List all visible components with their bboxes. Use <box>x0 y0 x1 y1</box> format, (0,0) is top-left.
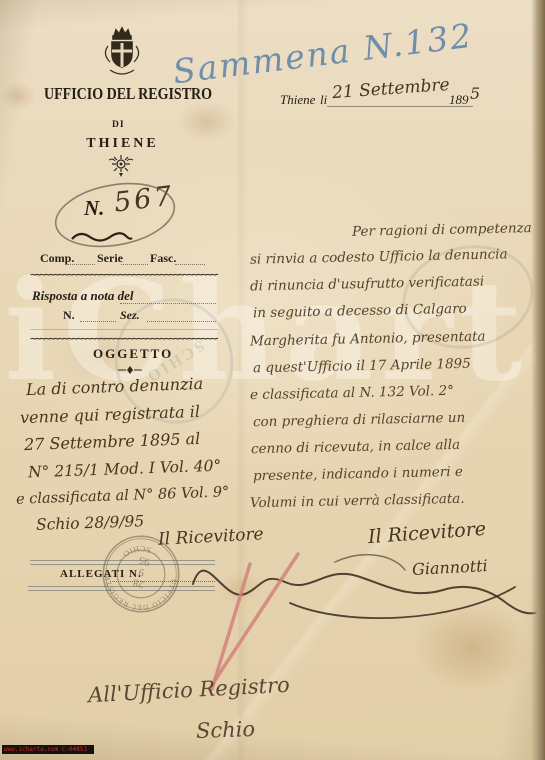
scanned-document: iCharta Sammena N.132 UFFICIO DEL REGIST… <box>0 0 545 760</box>
oggetto-divider-icon <box>118 366 142 374</box>
serie-fill-line <box>121 263 148 265</box>
savoy-crest-icon <box>98 26 146 84</box>
right-note-line: Volumi in cui verrà classificata. <box>250 491 465 511</box>
left-note-line: e classificata al N° 86 Vol. 9° <box>16 484 230 507</box>
fasc-fill-line <box>175 263 205 265</box>
office-city: THIENE <box>75 136 170 152</box>
serie-label: Serie <box>97 251 123 266</box>
right-note-line: Per ragioni di competenza <box>352 220 532 240</box>
address-line1: All'Ufficio Registro <box>88 673 291 708</box>
office-title: UFFICIO DEL REGISTRO <box>44 86 196 105</box>
left-note-line: N° 215/1 Mod. I Vol. 40° <box>28 457 222 482</box>
risposta-label: Risposta a nota del <box>32 288 134 304</box>
paper-edge <box>531 0 545 760</box>
address-line2: Schio <box>196 717 256 743</box>
allegati-label: ALLEGATI N. <box>60 568 142 580</box>
right-note-line: con preghiera di rilasciarne un <box>253 410 466 430</box>
printed-flourish <box>70 232 134 244</box>
right-note-line: cenno di ricevuta, in calce alla <box>251 437 460 457</box>
right-note-line: a quest'Ufficio il 17 Aprile 1895 <box>253 356 471 377</box>
risposta-n-fill <box>80 320 116 322</box>
credit-bar: www.icharta.com C-04853 <box>2 745 94 754</box>
right-signature-name: Giannotti <box>412 556 489 579</box>
left-note-line: Schio 28/9/95 <box>36 512 145 534</box>
risposta-n-label: N. <box>63 308 75 323</box>
right-note-line: e classificata al N. 132 Vol. 2° <box>250 383 454 403</box>
year-printed: 189 <box>449 92 469 108</box>
comp-fill-line <box>68 263 95 265</box>
wavy-rule-top <box>30 270 218 279</box>
oggetto-label: OGGETTO <box>93 346 163 362</box>
left-note-line: 27 Settembre 1895 al <box>24 429 201 454</box>
right-note-line: presente, indicando i numeri e <box>253 464 463 484</box>
year-suffix-handwritten: 5 <box>470 84 480 103</box>
date-place: Thiene <box>280 92 315 108</box>
office-di: DI <box>112 120 125 130</box>
fasc-label: Fasc. <box>150 251 176 266</box>
red-pencil-mark <box>196 552 306 692</box>
date-handwritten: 21 Settembre <box>331 75 450 103</box>
